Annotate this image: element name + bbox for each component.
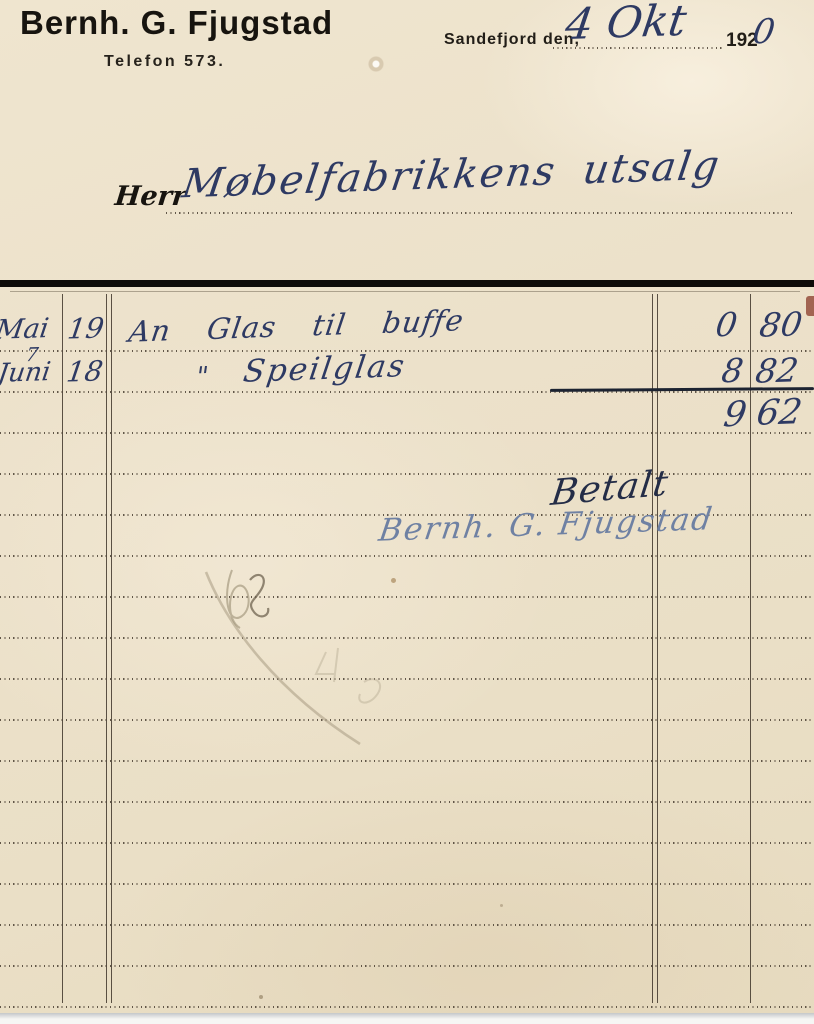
- handwritten-addressee: Møbelfabrikkens utsalg: [179, 143, 724, 208]
- paper: Bernh. G. Fjugstad Telefon 573. Sandefjo…: [0, 0, 814, 1013]
- row1-month: Mai: [0, 313, 51, 346]
- column-line-ore: [750, 294, 751, 1003]
- column-line-day-b: [111, 294, 112, 1003]
- edge-red-mark: [806, 296, 814, 316]
- row2-ditto-mark: ": [194, 362, 210, 392]
- paper-speck: [500, 904, 503, 907]
- row2-day: 18: [65, 354, 106, 388]
- row1-description: An Glas til buffe: [127, 303, 467, 349]
- ledger-dotted-line: [0, 432, 814, 434]
- paper-speck: [391, 578, 396, 583]
- header-rule: [0, 280, 814, 287]
- column-line-day-a: [106, 294, 107, 1003]
- row2-description: Speilglas: [241, 348, 408, 390]
- row2-ore: 82: [753, 350, 801, 390]
- row1-day: 19: [66, 311, 107, 345]
- handwritten-year-digit: 0: [750, 12, 777, 53]
- ledger-dotted-line: [0, 883, 814, 885]
- ledger-dotted-line: [0, 473, 814, 475]
- pencil-scribble: [188, 552, 448, 762]
- paper-speck: [259, 995, 263, 999]
- telephone: Telefon 573.: [104, 53, 225, 71]
- company-name: Bernh. G. Fjugstad: [20, 4, 333, 42]
- addressee-label: Herr: [113, 181, 187, 212]
- ledger-dotted-line: [0, 842, 814, 844]
- row1-kroner: 0: [713, 305, 740, 345]
- scanner-edge: [0, 1013, 814, 1024]
- column-line-amount-a: [652, 294, 653, 1003]
- row2-month: Juni: [0, 357, 52, 389]
- addressee-dotted-line: [166, 212, 793, 214]
- ledger-dotted-line: [0, 801, 814, 803]
- total-ore: 62: [754, 392, 804, 434]
- column-line-month: [62, 294, 63, 1003]
- total-kroner: 9: [721, 395, 749, 436]
- scanned-invoice: Bernh. G. Fjugstad Telefon 573. Sandefjo…: [0, 0, 814, 1024]
- ledger-dotted-line: [0, 924, 814, 926]
- ledger-dotted-line: [0, 965, 814, 967]
- signature: Bernh. G. Fjugstad: [377, 501, 717, 549]
- ledger-dotted-line: [0, 1006, 814, 1008]
- column-line-amount-b: [657, 294, 658, 1003]
- row1-ore: 80: [757, 304, 805, 344]
- handwritten-date: 4 Okt: [562, 0, 689, 50]
- row2-kroner: 8: [719, 351, 746, 391]
- ledger-dotted-line: [0, 391, 814, 393]
